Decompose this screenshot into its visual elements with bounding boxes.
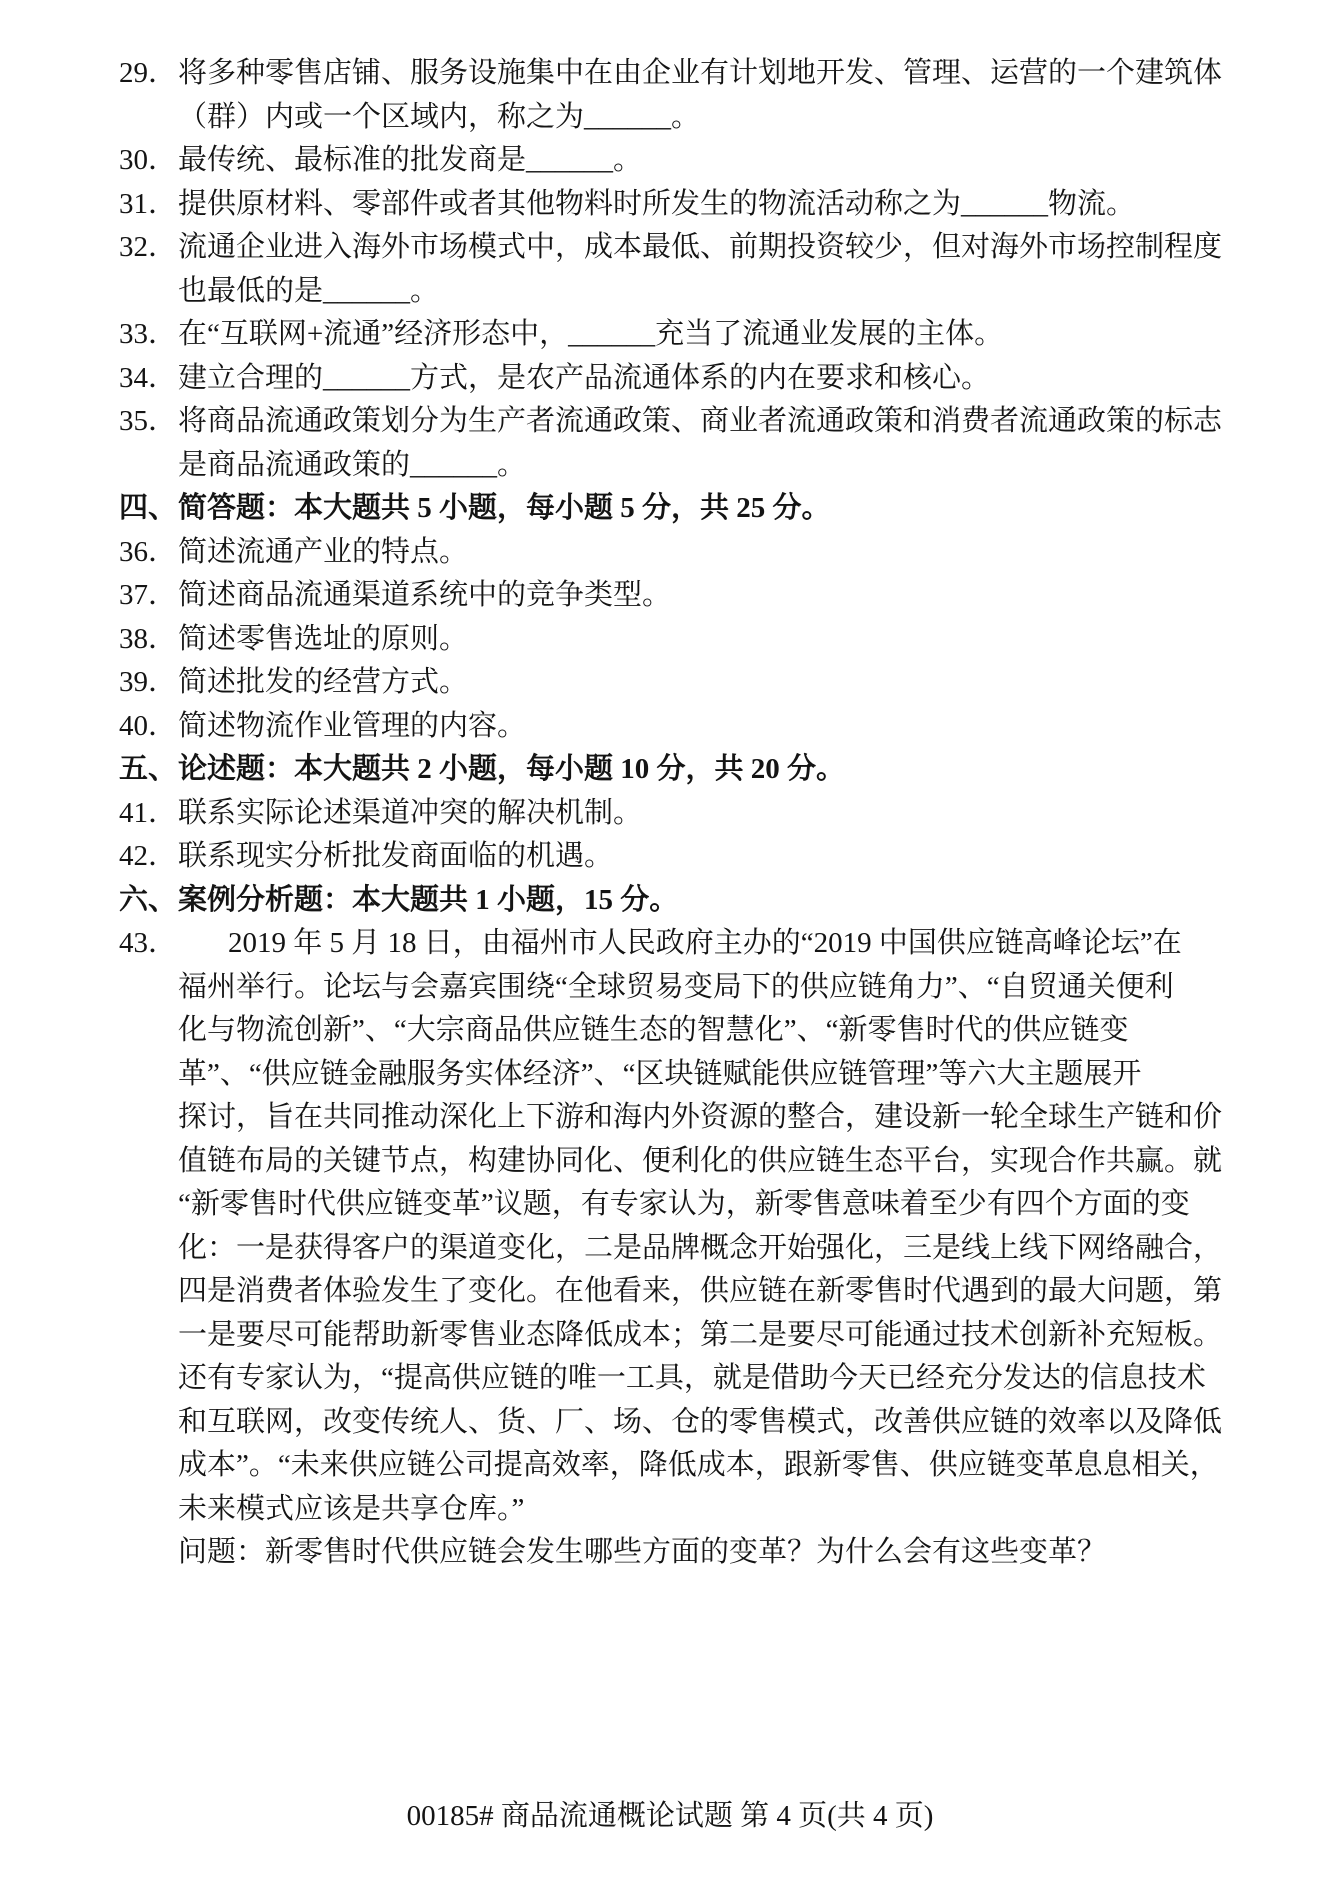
section-title: 论述题：本大题共 2 小题，每小题 10 分，共 20 分。 — [178, 748, 1319, 792]
question-item-33: 33． 在“互联网+流通”经济形态中，______充当了流通业发展的主体。 — [119, 313, 1319, 357]
question-text-line: 联系现实分析批发商面临的机遇。 — [178, 835, 1319, 879]
question-item-34: 34． 建立合理的______方式，是农产品流通体系的内在要求和核心。 — [119, 357, 1319, 401]
question-item-30: 30． 最传统、最标准的批发商是______。 — [119, 139, 1319, 183]
question-text-line: （群）内或一个区域内，称之为______。 — [178, 96, 1319, 140]
question-number: 33． — [119, 313, 177, 357]
case-paragraph-line: 一是要尽可能帮助新零售业态降低成本；第二是要尽可能通过技术创新补充短板。 — [178, 1314, 1319, 1358]
question-number: 43． — [119, 922, 177, 966]
exam-page: 29． 将多种零售店铺、服务设施集中在由企业有计划地开发、管理、运营的一个建筑体… — [0, 0, 1340, 1900]
exam-content: 29． 将多种零售店铺、服务设施集中在由企业有计划地开发、管理、运营的一个建筑体… — [119, 52, 1319, 1575]
question-number: 29． — [119, 52, 177, 96]
section-title: 简答题：本大题共 5 小题，每小题 5 分，共 25 分。 — [178, 487, 1319, 531]
question-number: 37． — [119, 574, 177, 618]
question-text-line: 简述零售选址的原则。 — [178, 618, 1319, 662]
question-item-31: 31． 提供原材料、零部件或者其他物料时所发生的物流活动称之为______物流。 — [119, 183, 1319, 227]
case-paragraph-line: 福州举行。论坛与会嘉宾围绕“全球贸易变局下的供应链角力”、“自贸通关便利 — [178, 966, 1319, 1010]
question-item-32: 32． 流通企业进入海外市场模式中，成本最低、前期投资较少，但对海外市场控制程度… — [119, 226, 1319, 313]
case-paragraph-line: 革”、“供应链金融服务实体经济”、“区块链赋能供应链管理”等六大主题展开 — [178, 1053, 1319, 1097]
question-item-37: 37． 简述商品流通渠道系统中的竞争类型。 — [119, 574, 1319, 618]
case-paragraph-line: 值链布局的关键节点，构建协同化、便利化的供应链生态平台，实现合作共赢。就 — [178, 1140, 1319, 1184]
case-paragraph-line: 四是消费者体验发生了变化。在他看来，供应链在新零售时代遇到的最大问题，第 — [178, 1270, 1319, 1314]
question-number: 41． — [119, 792, 177, 836]
question-text-line: 提供原材料、零部件或者其他物料时所发生的物流活动称之为______物流。 — [178, 183, 1319, 227]
section-label: 五、 — [119, 748, 177, 792]
section-label: 六、 — [119, 879, 177, 923]
case-paragraph-line: 还有专家认为，“提高供应链的唯一工具，就是借助今天已经充分发达的信息技术 — [178, 1357, 1319, 1401]
question-item-39: 39． 简述批发的经营方式。 — [119, 661, 1319, 705]
question-number: 40． — [119, 705, 177, 749]
question-text-line: 简述物流作业管理的内容。 — [178, 705, 1319, 749]
section-heading-short-answer: 四、 简答题：本大题共 5 小题，每小题 5 分，共 25 分。 — [119, 487, 1319, 531]
question-item-29: 29． 将多种零售店铺、服务设施集中在由企业有计划地开发、管理、运营的一个建筑体… — [119, 52, 1319, 139]
case-paragraph-line: 未来模式应该是共享仓库。” — [178, 1488, 1319, 1532]
question-text-line: 也最低的是______。 — [178, 270, 1319, 314]
question-item-40: 40． 简述物流作业管理的内容。 — [119, 705, 1319, 749]
question-item-36: 36． 简述流通产业的特点。 — [119, 531, 1319, 575]
section-label: 四、 — [119, 487, 177, 531]
question-text-line: 简述批发的经营方式。 — [178, 661, 1319, 705]
case-paragraph-line: 成本”。“未来供应链公司提高效率，降低成本，跟新零售、供应链变革息息相关， — [178, 1444, 1319, 1488]
question-number: 38． — [119, 618, 177, 662]
question-text-line: 联系实际论述渠道冲突的解决机制。 — [178, 792, 1319, 836]
case-paragraph-line: 2019 年 5 月 18 日，由福州市人民政府主办的“2019 中国供应链高峰… — [178, 922, 1319, 966]
question-number: 31． — [119, 183, 177, 227]
question-text-line: 将多种零售店铺、服务设施集中在由企业有计划地开发、管理、运营的一个建筑体 — [178, 52, 1319, 96]
question-number: 30． — [119, 139, 177, 183]
question-text-line: 简述流通产业的特点。 — [178, 531, 1319, 575]
question-item-43: 43． 2019 年 5 月 18 日，由福州市人民政府主办的“2019 中国供… — [119, 922, 1319, 1575]
section-heading-essay: 五、 论述题：本大题共 2 小题，每小题 10 分，共 20 分。 — [119, 748, 1319, 792]
case-paragraph-line: 化与物流创新”、“大宗商品供应链生态的智慧化”、“新零售时代的供应链变 — [178, 1009, 1319, 1053]
question-number: 39． — [119, 661, 177, 705]
case-paragraph-line: 化：一是获得客户的渠道变化，二是品牌概念开始强化，三是线上线下网络融合， — [178, 1227, 1319, 1271]
question-text-line: 最传统、最标准的批发商是______。 — [178, 139, 1319, 183]
question-text-line: 将商品流通政策划分为生产者流通政策、商业者流通政策和消费者流通政策的标志 — [178, 400, 1319, 444]
question-item-38: 38． 简述零售选址的原则。 — [119, 618, 1319, 662]
question-number: 36． — [119, 531, 177, 575]
question-number: 35． — [119, 400, 177, 444]
question-number: 42． — [119, 835, 177, 879]
question-text-line: 简述商品流通渠道系统中的竞争类型。 — [178, 574, 1319, 618]
question-text-line: 是商品流通政策的______。 — [178, 444, 1319, 488]
case-paragraph-line: 和互联网，改变传统人、货、厂、场、仓的零售模式，改善供应链的效率以及降低 — [178, 1401, 1319, 1445]
case-question-line: 问题：新零售时代供应链会发生哪些方面的变革？为什么会有这些变革？ — [178, 1531, 1319, 1575]
case-paragraph-line: “新零售时代供应链变革”议题，有专家认为，新零售意味着至少有四个方面的变 — [178, 1183, 1319, 1227]
question-text-line: 建立合理的______方式，是农产品流通体系的内在要求和核心。 — [178, 357, 1319, 401]
question-number: 32． — [119, 226, 177, 270]
question-item-41: 41． 联系实际论述渠道冲突的解决机制。 — [119, 792, 1319, 836]
question-item-42: 42． 联系现实分析批发商面临的机遇。 — [119, 835, 1319, 879]
question-text-line: 流通企业进入海外市场模式中，成本最低、前期投资较少，但对海外市场控制程度 — [178, 226, 1319, 270]
question-number: 34． — [119, 357, 177, 401]
section-title: 案例分析题：本大题共 1 小题，15 分。 — [178, 879, 1319, 923]
case-paragraph-line: 探讨，旨在共同推动深化上下游和海内外资源的整合，建设新一轮全球生产链和价 — [178, 1096, 1319, 1140]
question-text-line: 在“互联网+流通”经济形态中，______充当了流通业发展的主体。 — [178, 313, 1319, 357]
footer-pagination: 00185# 商品流通概论试题 第 4 页(共 4 页) — [0, 1796, 1340, 1836]
question-item-35: 35． 将商品流通政策划分为生产者流通政策、商业者流通政策和消费者流通政策的标志… — [119, 400, 1319, 487]
section-heading-case-analysis: 六、 案例分析题：本大题共 1 小题，15 分。 — [119, 879, 1319, 923]
